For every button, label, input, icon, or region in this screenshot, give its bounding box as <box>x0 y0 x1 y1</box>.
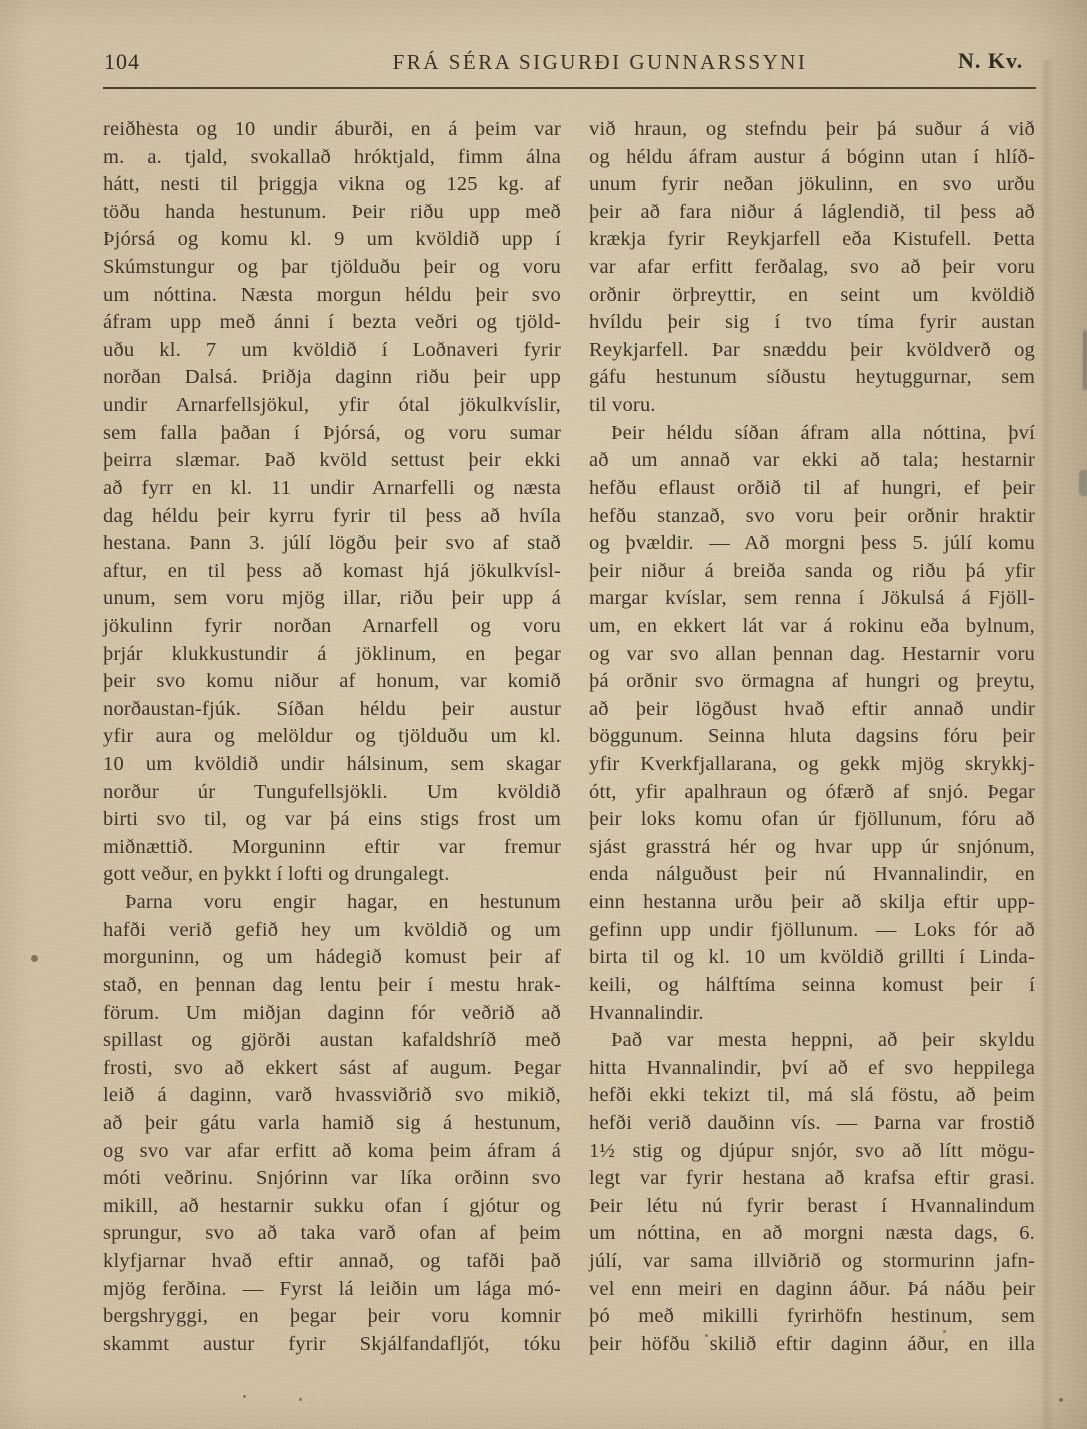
text-line: miðnættið. Morguninn eftir var fremur <box>103 834 561 862</box>
text-line: m. a. tjald, svokallað hróktjald, fimm á… <box>103 144 561 172</box>
text-line: að um annað var ekki að tala; hestarnir <box>589 447 1035 475</box>
text-line: mjög ferðina. — Fyrst lá leiðin um lága … <box>103 1276 561 1304</box>
text-line: yfir aura og melöldur og tjölduðu um kl. <box>103 723 561 751</box>
text-line: þeir loks komu ofan úr fjöllunum, fóru a… <box>589 806 1035 834</box>
text-line: hestana. Þann 3. júlí lögðu þeir svo af … <box>103 530 561 558</box>
text-line: móti veðrinu. Snjórinn var líka orðinn s… <box>103 1165 561 1193</box>
text-line: Það var mesta heppni, að þeir skyldu <box>589 1027 1035 1055</box>
text-line: Hvannalindir. <box>589 1000 1035 1028</box>
text-line: gefinn upp undir fjöllunum. — Loks fór a… <box>589 917 1035 945</box>
text-line: 10 um kvöldið undir hálsinum, sem skagar <box>103 751 561 779</box>
text-line: þrjár klukkustundir á jöklinum, en þegar <box>103 641 561 669</box>
text-line: þá orðnir svo örmagna af hungri og þreyt… <box>589 668 1035 696</box>
text-column-left: reiðhesta og 10 undir áburði, en á þeim … <box>103 116 561 1358</box>
text-line: dag héldu þeir kyrru fyrir til þess að h… <box>103 503 561 531</box>
paper-speck <box>467 1336 470 1339</box>
text-line: um, en ekkert lát var á rokinu eða bylnu… <box>589 613 1035 641</box>
text-line: Þjórsá og komu kl. 9 um kvöldið upp í <box>103 226 561 254</box>
text-line: og þvældir. — Að morgni þess 5. júlí kom… <box>589 530 1035 558</box>
text-line: Skúmstungur og þar tjölduðu þeir og voru <box>103 254 561 282</box>
text-line: Reykjarfell. Þar snæddu þeir kvöldverð o… <box>589 337 1035 365</box>
text-line: og héldu áfram austur á bóginn utan í hl… <box>589 144 1035 172</box>
edge-gray-mark <box>1079 470 1087 496</box>
text-line: þeir svo komu niður af honum, var komið <box>103 668 561 696</box>
text-line: stað, en þennan dag lentu þeir í mestu h… <box>103 972 561 1000</box>
text-line: krækja fyrir Reykjarfell eða Kistufell. … <box>589 226 1035 254</box>
text-line: júlí, var sama illviðrið og stormurinn j… <box>589 1248 1035 1276</box>
text-line: hefði ekki tekizt til, má slá föstu, að … <box>589 1082 1035 1110</box>
text-line: keili, og hálftíma seinna komust þeir í <box>589 972 1035 1000</box>
text-line: einn hestanna urðu þeir að skilja eftir … <box>589 889 1035 917</box>
text-line: birti svo til, og var þá eins stigs fros… <box>103 806 561 834</box>
text-line: við hraun, og stefndu þeir þá suður á vi… <box>589 116 1035 144</box>
text-line: norður úr Tungufellsjökli. Um kvöldið <box>103 779 561 807</box>
text-column-right: við hraun, og stefndu þeir þá suður á vi… <box>589 116 1035 1358</box>
running-title: FRÁ SÉRA SIGURÐI GUNNARSSYNI <box>300 50 900 75</box>
text-line: þeir höfðu skilið eftir daginn áður, en … <box>589 1331 1035 1359</box>
text-line: til voru. <box>589 392 1035 420</box>
page-crease <box>1040 60 1054 1429</box>
text-line: um nóttina. Næsta morgun héldu þeir svo <box>103 282 561 310</box>
paper-speck <box>243 1395 246 1398</box>
text-line: skammt austur fyrir Skjálfandafljót, tók… <box>103 1331 561 1359</box>
text-line: spillast og gjörði austan kafaldshríð me… <box>103 1027 561 1055</box>
text-line: sjást grasstrá hér og hvar upp úr snjónu… <box>589 834 1035 862</box>
text-line: norðan Dalsá. Þriðja daginn riðu þeir up… <box>103 364 561 392</box>
book-page: 104 FRÁ SÉRA SIGURÐI GUNNARSSYNI N. Kv. … <box>0 0 1087 1429</box>
text-line: orðnir örþreyttir, en seint um kvöldið <box>589 282 1035 310</box>
text-line: áfram upp með ánni í bezta veðri og tjöl… <box>103 309 561 337</box>
text-line: margar kvíslar, sem renna í Jökulsá á Fj… <box>589 585 1035 613</box>
text-line: förum. Um miðjan daginn fór veðrið að <box>103 1000 561 1028</box>
text-line: klyfjarnar hvað eftir annað, og tafði þa… <box>103 1248 561 1276</box>
text-line: gáfu hestunum síðustu heytuggurnar, sem <box>589 364 1035 392</box>
paper-speck <box>943 1330 946 1333</box>
text-line: var afar erfitt ferðalag, svo að þeir vo… <box>589 254 1035 282</box>
text-line: hefði verið dauðinn vís. — Þarna var fro… <box>589 1110 1035 1138</box>
text-line: enda nálguðust þeir nú Hvannalindir, en <box>589 861 1035 889</box>
text-line: að fyrr en kl. 11 undir Arnarfelli og næ… <box>103 475 561 503</box>
text-line: birta til og kl. 10 um kvöldið grillti í… <box>589 944 1035 972</box>
paper-speck <box>148 122 151 125</box>
text-line: unum fyrir neðan jökulinn, en svo urðu <box>589 171 1035 199</box>
text-line: 1½ stig og djúpur snjór, svo að lítt mög… <box>589 1138 1035 1166</box>
text-line: og var svo allan þennan dag. Hestarnir v… <box>589 641 1035 669</box>
page-number: 104 <box>104 49 140 75</box>
text-line: þeir niður á breiða sanda og riðu þá yfi… <box>589 558 1035 586</box>
text-line: frosti, svo að ekkert sást af augum. Þeg… <box>103 1055 561 1083</box>
text-line: bergshryggi, en þegar þeir voru komnir <box>103 1303 561 1331</box>
paper-speck <box>1059 1398 1063 1402</box>
text-line: hefðu stanzað, svo voru þeir orðnir hrak… <box>589 503 1035 531</box>
header-rule <box>103 87 1036 89</box>
text-line: sprungur, svo að taka varð ofan af þeim <box>103 1220 561 1248</box>
text-line: jökulinn fyrir norðan Arnarfell og voru <box>103 613 561 641</box>
text-line: töðu handa hestunum. Þeir riðu upp með <box>103 199 561 227</box>
edge-shadow-mark <box>1083 330 1087 390</box>
text-line: unum, sem voru mjög illar, riðu þeir upp… <box>103 585 561 613</box>
text-line: að þeir gátu varla hamið sig á hestunum, <box>103 1110 561 1138</box>
edition-mark: N. Kv. <box>958 48 1023 74</box>
text-line: legt var fyrir hestana að krafsa eftir g… <box>589 1165 1035 1193</box>
text-line: hitta Hvannalindir, því að ef svo heppil… <box>589 1055 1035 1083</box>
text-line: hvíldu þeir sig í tvo tíma fyrir austan <box>589 309 1035 337</box>
text-line: norðaustan-fjúk. Síðan héldu þeir austur <box>103 696 561 724</box>
text-line: aftur, en til þess að komast hjá jökulkv… <box>103 558 561 586</box>
text-line: vel enn meiri en daginn áður. Þá náðu þe… <box>589 1276 1035 1304</box>
text-line: að þeir lögðust hvað eftir annað undir <box>589 696 1035 724</box>
text-line: leið á daginn, varð hvassviðrið svo miki… <box>103 1082 561 1110</box>
text-line: böggunum. Seinna hluta dagsins fóru þeir <box>589 723 1035 751</box>
text-line: ótt, yfir apalhraun og ófærð af snjó. Þe… <box>589 779 1035 807</box>
paper-speck <box>705 1334 708 1337</box>
text-line: reiðhesta og 10 undir áburði, en á þeim … <box>103 116 561 144</box>
text-line: undir Arnarfellsjökul, yfir ótal jökulkv… <box>103 392 561 420</box>
paper-speck <box>299 1398 302 1401</box>
text-line: þeirra slæmar. Það kvöld settust þeir ek… <box>103 447 561 475</box>
text-line: mikill, að hestarnir sukku ofan í gjótur… <box>103 1193 561 1221</box>
text-line: sem falla þaðan í Þjórsá, og voru sumar <box>103 420 561 448</box>
text-line: hefðu eflaust orðið til af hungri, ef þe… <box>589 475 1035 503</box>
text-line: hátt, nesti til þriggja vikna og 125 kg.… <box>103 171 561 199</box>
text-line: um nóttina, en að morgni næsta dags, 6. <box>589 1220 1035 1248</box>
text-line: þeir að fara niður á láglendið, til þess… <box>589 199 1035 227</box>
text-line: uðu kl. 7 um kvöldið í Loðnaveri fyrir <box>103 337 561 365</box>
text-line: Þeir létu nú fyrir berast í Hvannalindum <box>589 1193 1035 1221</box>
text-line: og svo var afar erfitt að koma þeim áfra… <box>103 1138 561 1166</box>
text-line: yfir Kverkfjallarana, og gekk mjög skryk… <box>589 751 1035 779</box>
text-line: þó með mikilli fyrirhöfn hestinum, sem <box>589 1303 1035 1331</box>
text-line: morguninn, og um hádegið komust þeir af <box>103 944 561 972</box>
text-line: Þarna voru engir hagar, en hestunum <box>103 889 561 917</box>
text-line: Þeir héldu síðan áfram alla nóttina, því <box>589 420 1035 448</box>
text-line: hafði verið gefið hey um kvöldið og um <box>103 917 561 945</box>
text-line: gott veður, en þykkt í lofti og drungale… <box>103 861 561 889</box>
paper-speck <box>31 955 38 962</box>
